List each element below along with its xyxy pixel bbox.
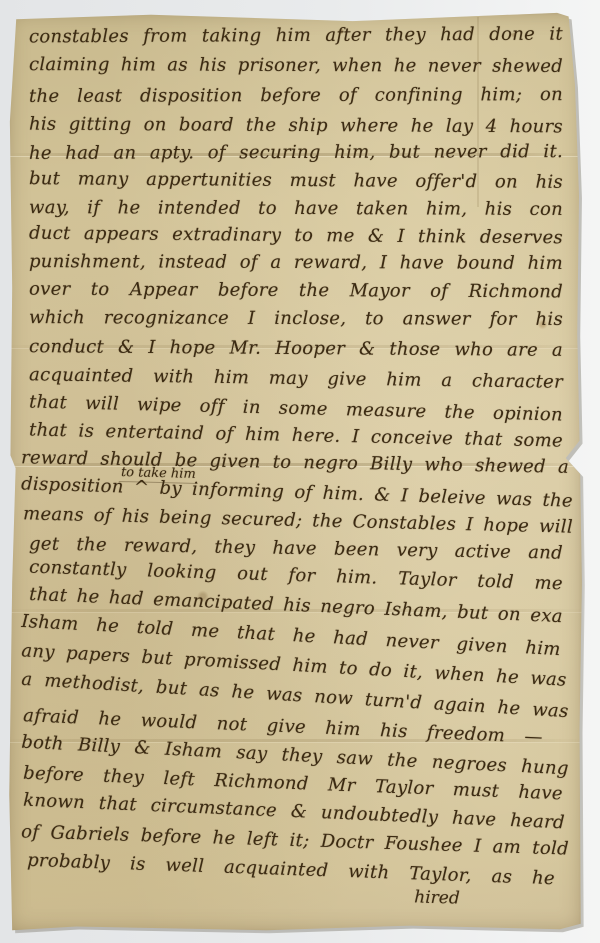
catchword: hired	[337, 885, 537, 910]
manuscript-line: way, if he intended to have taken him, h…	[29, 196, 563, 222]
manuscript-line: duct appears extradinary to me & I think…	[29, 222, 563, 251]
manuscript-line: which recognizance I inclose, to answer …	[29, 306, 563, 332]
manuscript-line: acquainted with him may give him a chara…	[29, 363, 563, 394]
manuscript-page: constables from taking him after they ha…	[7, 11, 583, 933]
manuscript-line: but many appertunities must have offer'd…	[29, 167, 563, 195]
manuscript-line: he had an apty. of securing him, but nev…	[29, 140, 563, 166]
manuscript-line: claiming him as his prisoner, when he ne…	[29, 53, 563, 79]
manuscript-line: constables from taking him after they ha…	[29, 23, 563, 50]
scanned-letter: constables from taking him after they ha…	[0, 0, 600, 943]
interlinear-insertion: to take him	[119, 465, 198, 484]
manuscript-line: his gitting on board the ship where he l…	[29, 113, 563, 140]
manuscript-line: over to Appear before the Mayor of Richm…	[29, 278, 563, 305]
manuscript-line: the least disposition before of confinin…	[29, 83, 563, 109]
manuscript-line: punishment, instead of a reward, I have …	[29, 250, 563, 276]
manuscript-line: conduct & I hope Mr. Hooper & those who …	[29, 335, 563, 363]
